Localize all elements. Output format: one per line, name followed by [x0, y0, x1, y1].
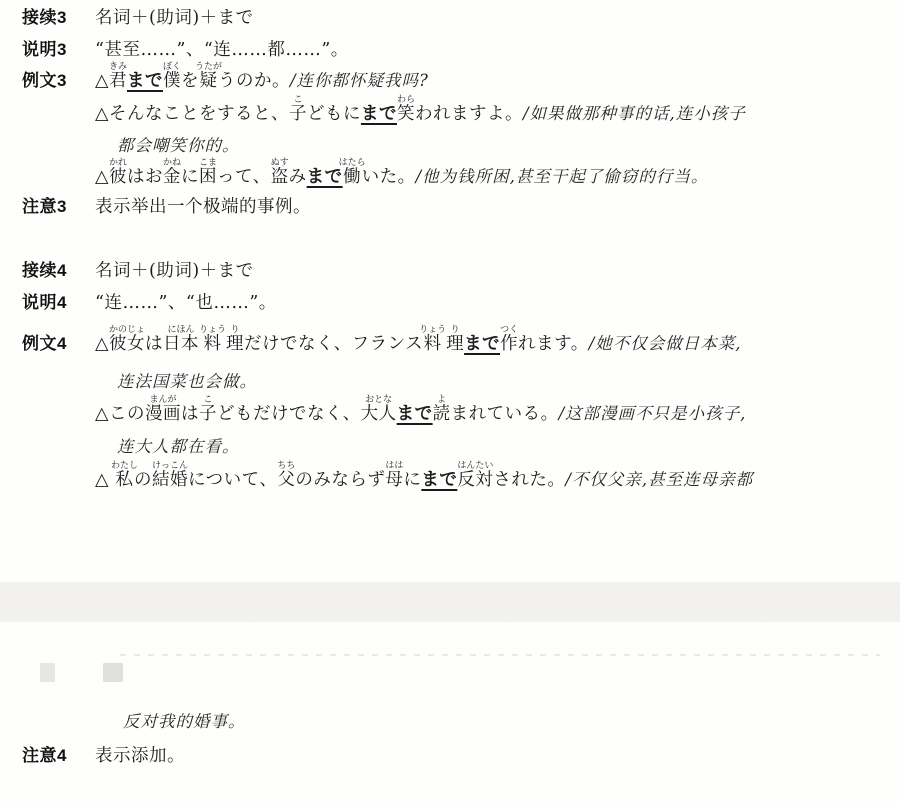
furigana: つく [500, 325, 518, 335]
furigana: わら [397, 95, 415, 105]
japanese-text: どもに [307, 104, 361, 124]
row-content: 连大人都在看。 [117, 435, 900, 459]
japanese-text: △ [95, 334, 109, 354]
ruby-annotated-text: 理り [446, 334, 464, 354]
ruby-annotated-text: 私わたし [115, 470, 134, 490]
ruby-annotated-text: 料りょう [199, 334, 226, 354]
japanese-text: に [403, 470, 421, 490]
japanese-text: って、 [217, 167, 271, 187]
furigana: こ [199, 395, 217, 405]
doc-row: 接续4名词＋(助词)＋まで [22, 259, 900, 283]
japanese-text: 表示添加。 [95, 746, 185, 766]
furigana: かのじょ [109, 325, 145, 335]
redaction-marks [22, 663, 900, 683]
japanese-text: 名词＋(助词)＋まで [95, 8, 254, 28]
row-content: △彼かれはお金かねに困こまって、盗ぬすみまで働はたらいた。/他为钱所困,甚至干起… [95, 158, 900, 189]
furigana: わたし [111, 461, 138, 471]
row-content: △ 私わたしの結婚けっこんについて、父ちちのみならず母ははにまで反対はんたいされ… [95, 461, 900, 492]
furigana: ちち [277, 461, 295, 471]
made-highlight: まで [464, 334, 500, 354]
ruby-annotated-text: 日本にほん [163, 334, 199, 354]
scan-noise-line [120, 654, 880, 656]
furigana: おとな [361, 395, 397, 405]
row-content: 表示举出一个极端的事例。 [95, 195, 900, 219]
doc-row: 注意3表示举出一个极端的事例。 [22, 195, 900, 219]
redaction-mark [40, 663, 55, 682]
furigana: きみ [109, 62, 127, 72]
japanese-text: だけでなく、フランス [244, 334, 423, 354]
ruby-annotated-text: 子こ [199, 404, 217, 424]
chinese-translation: 反对我的婚事。 [123, 712, 246, 731]
japanese-text: △そんなことをすると、 [95, 104, 289, 124]
document-page: 接续3名词＋(助词)＋まで说明3“甚至……”、“连……都……”。例文3△君きみま… [0, 0, 900, 802]
furigana: りょう [419, 325, 446, 335]
japanese-text: “连……”、“也……”。 [95, 293, 277, 313]
doc-row: 说明4“连……”、“也……”。 [22, 291, 900, 315]
doc-row: 例文3△君きみまで僕ぼくを疑うたがうのか。/连你都怀疑我吗? [22, 62, 900, 93]
doc-row: △そんなことをすると、子こどもにまで笑わらわれますよ。/如果做那种事的话,连小孩… [22, 95, 900, 126]
doc-row: 接续3名词＋(助词)＋まで [22, 6, 900, 30]
row-content: 连法国菜也会做。 [117, 370, 900, 394]
chinese-translation: /不仅父亲,甚至连母亲都 [565, 470, 753, 489]
doc-row: 说明3“甚至……”、“连……都……”。 [22, 38, 900, 62]
japanese-text: △この [95, 404, 145, 424]
row-content: △そんなことをすると、子こどもにまで笑わらわれますよ。/如果做那种事的话,连小孩… [95, 95, 900, 126]
made-highlight: まで [307, 167, 343, 187]
doc-row: △この漫画まんがは子こどもだけでなく、大人おとなまで読よまれている。/这部漫画不… [22, 395, 900, 426]
made-highlight: まで [127, 71, 163, 91]
chinese-translation: /这部漫画不只是小孩子, [559, 404, 747, 423]
row-content: △この漫画まんがは子こどもだけでなく、大人おとなまで読よまれている。/这部漫画不… [95, 395, 900, 426]
ruby-annotated-text: 反対はんたい [457, 470, 493, 490]
row-label: 例文4 [22, 332, 95, 356]
ruby-annotated-text: 母はは [385, 470, 403, 490]
ruby-annotated-text: 彼女かのじょ [109, 334, 145, 354]
furigana: かれ [109, 158, 127, 168]
row-content: 名词＋(助词)＋まで [95, 6, 900, 30]
chinese-translation: /如果做那种事的话,连小孩子 [523, 104, 746, 123]
ruby-annotated-text: 子こ [289, 104, 307, 124]
furigana: うたが [195, 62, 222, 72]
doc-row: 连法国菜也会做。 [22, 370, 900, 394]
japanese-text: どもだけでなく、 [217, 404, 361, 424]
japanese-text: “甚至……”、“连……都……”。 [95, 40, 349, 60]
japanese-text: はお [127, 167, 163, 187]
japanese-text: は [145, 334, 163, 354]
japanese-text: に [181, 167, 199, 187]
row-label: 接续4 [22, 259, 95, 283]
furigana: ぼく [163, 62, 181, 72]
doc-row: △彼かれはお金かねに困こまって、盗ぬすみまで働はたらいた。/他为钱所困,甚至干起… [22, 158, 900, 189]
row-label: 注意4 [22, 744, 95, 768]
japanese-text: うのか。 [218, 71, 290, 91]
doc-row: 都会嘲笑你的。 [22, 134, 900, 158]
japanese-text: は [181, 404, 199, 424]
gray-divider-band [0, 582, 900, 622]
chinese-translation: /她不仅会做日本菜, [589, 334, 742, 353]
ruby-annotated-text: 父ちち [277, 470, 295, 490]
japanese-text: の [134, 470, 152, 490]
redaction-mark [103, 663, 123, 682]
row-label: 接续3 [22, 6, 95, 30]
made-highlight: まで [397, 404, 433, 424]
row-content: △君きみまで僕ぼくを疑うたがうのか。/连你都怀疑我吗? [95, 62, 900, 93]
doc-row: 反对我的婚事。 [22, 710, 900, 734]
chinese-translation: /他为钱所困,甚至干起了偷窃的行当。 [416, 167, 709, 186]
furigana: はんたい [457, 461, 493, 471]
made-highlight: まで [421, 470, 457, 490]
row-content: 都会嘲笑你的。 [117, 134, 900, 158]
ruby-annotated-text: 作つく [500, 334, 518, 354]
row-content: “甚至……”、“连……都……”。 [95, 38, 900, 62]
ruby-annotated-text: 笑わら [397, 104, 415, 124]
japanese-text: △ [95, 167, 109, 187]
ruby-annotated-text: 漫画まんが [145, 404, 181, 424]
ruby-annotated-text: 彼かれ [109, 167, 127, 187]
doc-row: 例文4△彼女かのじょは日本にほん料りょう理りだけでなく、フランス料りょう理りまで… [22, 325, 900, 356]
japanese-text: まれている。 [451, 404, 559, 424]
doc-row: 连大人都在看。 [22, 435, 900, 459]
furigana: り [446, 325, 464, 335]
chinese-translation: 连大人都在看。 [117, 437, 240, 456]
ruby-annotated-text: 働はたら [343, 167, 362, 187]
furigana: よ [433, 395, 451, 405]
ruby-annotated-text: 困こま [199, 167, 217, 187]
ruby-annotated-text: 結婚けっこん [152, 470, 188, 490]
japanese-text: △ [95, 71, 109, 91]
row-content: “连……”、“也……”。 [95, 291, 900, 315]
doc-row: 注意4表示添加。 [22, 744, 900, 768]
japanese-text: われますよ。 [415, 104, 523, 124]
furigana: り [226, 325, 244, 335]
furigana: はたら [339, 158, 366, 168]
furigana: にほん [163, 325, 199, 335]
japanese-text: み [289, 167, 307, 187]
chinese-translation: /连你都怀疑我吗? [290, 71, 429, 90]
furigana: けっこん [152, 461, 188, 471]
furigana: りょう [199, 325, 226, 335]
ruby-annotated-text: 読よ [433, 404, 451, 424]
ruby-annotated-text: 大人おとな [361, 404, 397, 424]
ruby-annotated-text: 金かね [163, 167, 181, 187]
doc-row: △ 私わたしの結婚けっこんについて、父ちちのみならず母ははにまで反対はんたいされ… [22, 461, 900, 492]
furigana: ぬす [271, 158, 289, 168]
row-content: 表示添加。 [95, 744, 900, 768]
japanese-text: 表示举出一个极端的事例。 [95, 197, 311, 217]
japanese-text: 名词＋(助词)＋まで [95, 261, 254, 281]
made-highlight: まで [361, 104, 397, 124]
furigana: まんが [145, 395, 181, 405]
ruby-annotated-text: 疑うたが [199, 71, 218, 91]
row-label: 注意3 [22, 195, 95, 219]
japanese-text: された。 [493, 470, 565, 490]
japanese-text: のみならず [295, 470, 385, 490]
ruby-annotated-text: 理り [226, 334, 244, 354]
ruby-annotated-text: 僕ぼく [163, 71, 181, 91]
furigana: こ [289, 95, 307, 105]
row-label: 例文3 [22, 69, 95, 93]
furigana: かね [163, 158, 181, 168]
furigana: こま [199, 158, 217, 168]
chinese-translation: 都会嘲笑你的。 [117, 136, 240, 155]
ruby-annotated-text: 盗ぬす [271, 167, 289, 187]
ruby-annotated-text: 料りょう [423, 334, 446, 354]
japanese-text: いた。 [362, 167, 416, 187]
row-label: 说明3 [22, 38, 95, 62]
chinese-translation: 连法国菜也会做。 [117, 372, 257, 391]
ruby-annotated-text: 君きみ [109, 71, 127, 91]
furigana: はは [385, 461, 403, 471]
row-label: 说明4 [22, 291, 95, 315]
japanese-text: れます。 [518, 334, 589, 354]
row-content: 名词＋(助词)＋まで [95, 259, 900, 283]
row-content: △彼女かのじょは日本にほん料りょう理りだけでなく、フランス料りょう理りまで作つく… [95, 325, 900, 356]
japanese-text: について、 [188, 470, 277, 490]
row-content: 反对我的婚事。 [123, 710, 900, 734]
